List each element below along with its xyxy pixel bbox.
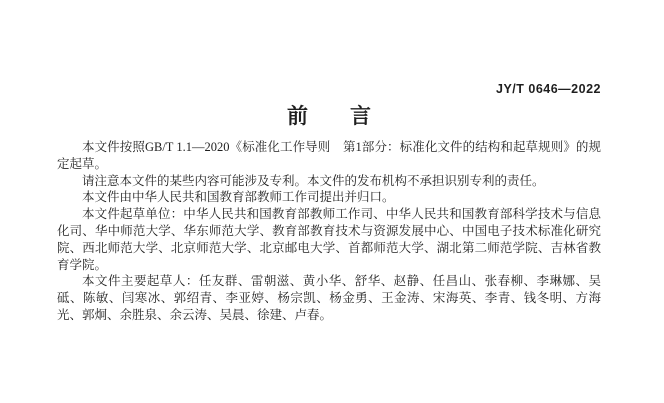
foreword-paragraph-drafting-organizations: 本文件起草单位：中华人民共和国教育部教师工作司、中华人民共和国教育部科学技术与信… <box>57 206 601 273</box>
standard-number-header: JY/T 0646—2022 <box>496 82 601 96</box>
foreword-paragraph-drafting-rules: 本文件按照GB/T 1.1—2020《标准化工作导则 第1部分：标准化文件的结构… <box>57 139 601 173</box>
foreword-paragraph-patent-notice: 请注意本文件的某些内容可能涉及专利。本文件的发布机构不承担识别专利的责任。 <box>57 173 601 190</box>
standard-document-page: JY/T 0646—2022 前 言 本文件按照GB/T 1.1—2020《标准… <box>0 0 664 403</box>
foreword-title: 前 言 <box>57 100 601 130</box>
foreword-body: 本文件按照GB/T 1.1—2020《标准化工作导则 第1部分：标准化文件的结构… <box>57 139 601 324</box>
foreword-paragraph-main-drafters: 本文件主要起草人：任友群、雷朝滋、黄小华、舒华、赵静、任昌山、张春柳、李琳娜、吴… <box>57 273 601 323</box>
foreword-paragraph-proposing-body: 本文件由中华人民共和国教育部教师工作司提出并归口。 <box>57 189 601 206</box>
